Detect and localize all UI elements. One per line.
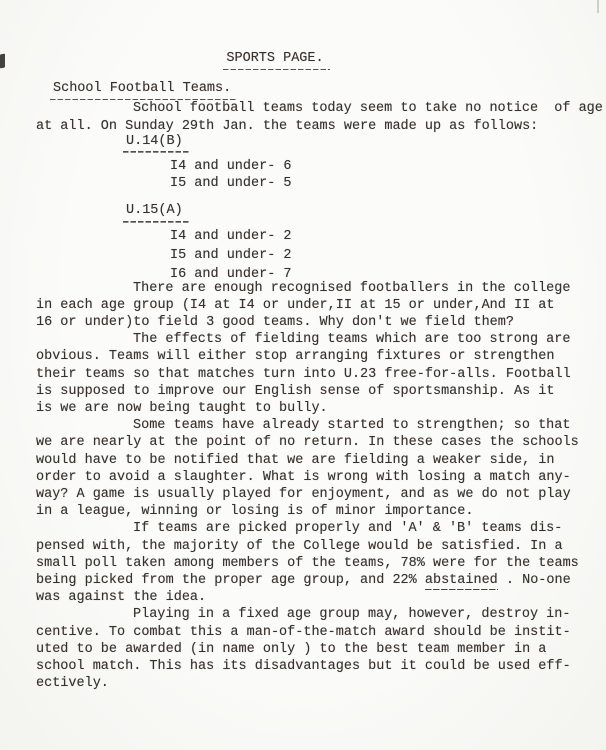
text-line: pensed with, the majority of the College… — [36, 538, 586, 555]
text-line: we are nearly at the point of no return.… — [36, 434, 586, 451]
body-paragraph: Playing in a fixed age group may, howeve… — [36, 606, 586, 692]
team-name: U.14(B) — [123, 133, 189, 153]
text-line: obvious. Teams will either stop arrangin… — [36, 348, 586, 365]
text-line: was against the idea. — [36, 589, 586, 606]
text-line: small poll taken among members of the te… — [36, 555, 586, 572]
body-paragraph: Some teams have already started to stren… — [36, 417, 586, 520]
text-line: ectively. — [36, 675, 586, 692]
page-title: SPORTS PAGE. — [223, 50, 329, 70]
body-paragraph: The effects of fielding teams which are … — [36, 331, 586, 417]
text-line: at all. On Sunday 29th Jan. the teams we… — [36, 118, 586, 135]
ink-smudge-left-edge — [0, 54, 5, 69]
text-line: If teams are picked properly and 'A' & '… — [36, 520, 586, 537]
intro-paragraph: School football teams today seem to take… — [36, 100, 586, 134]
page-title-row: SPORTS PAGE. — [36, 50, 586, 70]
text-line: The effects of fielding teams which are … — [36, 331, 586, 348]
text-line: way? A game is usually played for enjoym… — [36, 486, 586, 503]
roster-row: I5 and under- 2 — [170, 246, 586, 265]
text-line: centive. To combat this a man-of-the-mat… — [36, 624, 586, 641]
text-segment: . No-one — [498, 573, 571, 588]
text-line: uted to be awarded (in name only ) to th… — [36, 641, 586, 658]
text-line: in a league, winning or losing is of min… — [36, 503, 586, 520]
article-heading: School Football Teams. — [50, 80, 237, 100]
team-heading-u14b: U.14(B) — [126, 133, 586, 153]
text-line: their teams so that matches turn into U.… — [36, 366, 586, 383]
poll-result-line: being picked from the proper age group, … — [36, 572, 586, 589]
scanned-document-page: SPORTS PAGE. School Football Teams. Scho… — [0, 0, 606, 750]
team-roster-u14b: I4 and under- 6 I5 and under- 5 — [170, 158, 586, 192]
text-line: order to avoid a slaughter. What is wron… — [36, 469, 586, 486]
text-line: is supposed to improve our English sense… — [36, 383, 586, 400]
page-content: SPORTS PAGE. School Football Teams. Scho… — [0, 0, 606, 693]
text-line: 16 or under)to field 3 good teams. Why d… — [36, 314, 586, 331]
roster-row: I4 and under- 2 — [170, 227, 586, 246]
team-name: U.15(A) — [123, 202, 189, 222]
roster-row: I4 and under- 6 — [170, 158, 586, 175]
team-heading-u15a: U.15(A) — [126, 202, 586, 222]
text-line: school match. This has its disadvantages… — [36, 658, 586, 675]
scan-line-top-right — [597, 0, 599, 13]
text-line: would have to be notified that we are fi… — [36, 452, 586, 469]
text-line: is we are now being taught to bully. — [36, 400, 586, 417]
text-line: Playing in a fixed age group may, howeve… — [36, 606, 586, 623]
body-paragraph: If teams are picked properly and 'A' & '… — [36, 520, 586, 606]
text-line: Some teams have already started to stren… — [36, 417, 586, 434]
text-line: There are enough recognised footballers … — [36, 280, 586, 297]
team-roster-u15a: I4 and under- 2 I5 and under- 2 I6 and u… — [170, 227, 586, 284]
article-heading-row: School Football Teams. — [53, 80, 586, 100]
roster-row: I5 and under- 5 — [170, 175, 586, 192]
body-paragraph: There are enough recognised footballers … — [36, 280, 586, 332]
text-segment: being picked from the proper age group, … — [36, 573, 425, 588]
text-line: in each age group (I4 at I4 or under,II … — [36, 297, 586, 314]
text-line: School football teams today seem to take… — [36, 100, 586, 117]
underlined-word-abstained: abstained — [425, 573, 498, 590]
